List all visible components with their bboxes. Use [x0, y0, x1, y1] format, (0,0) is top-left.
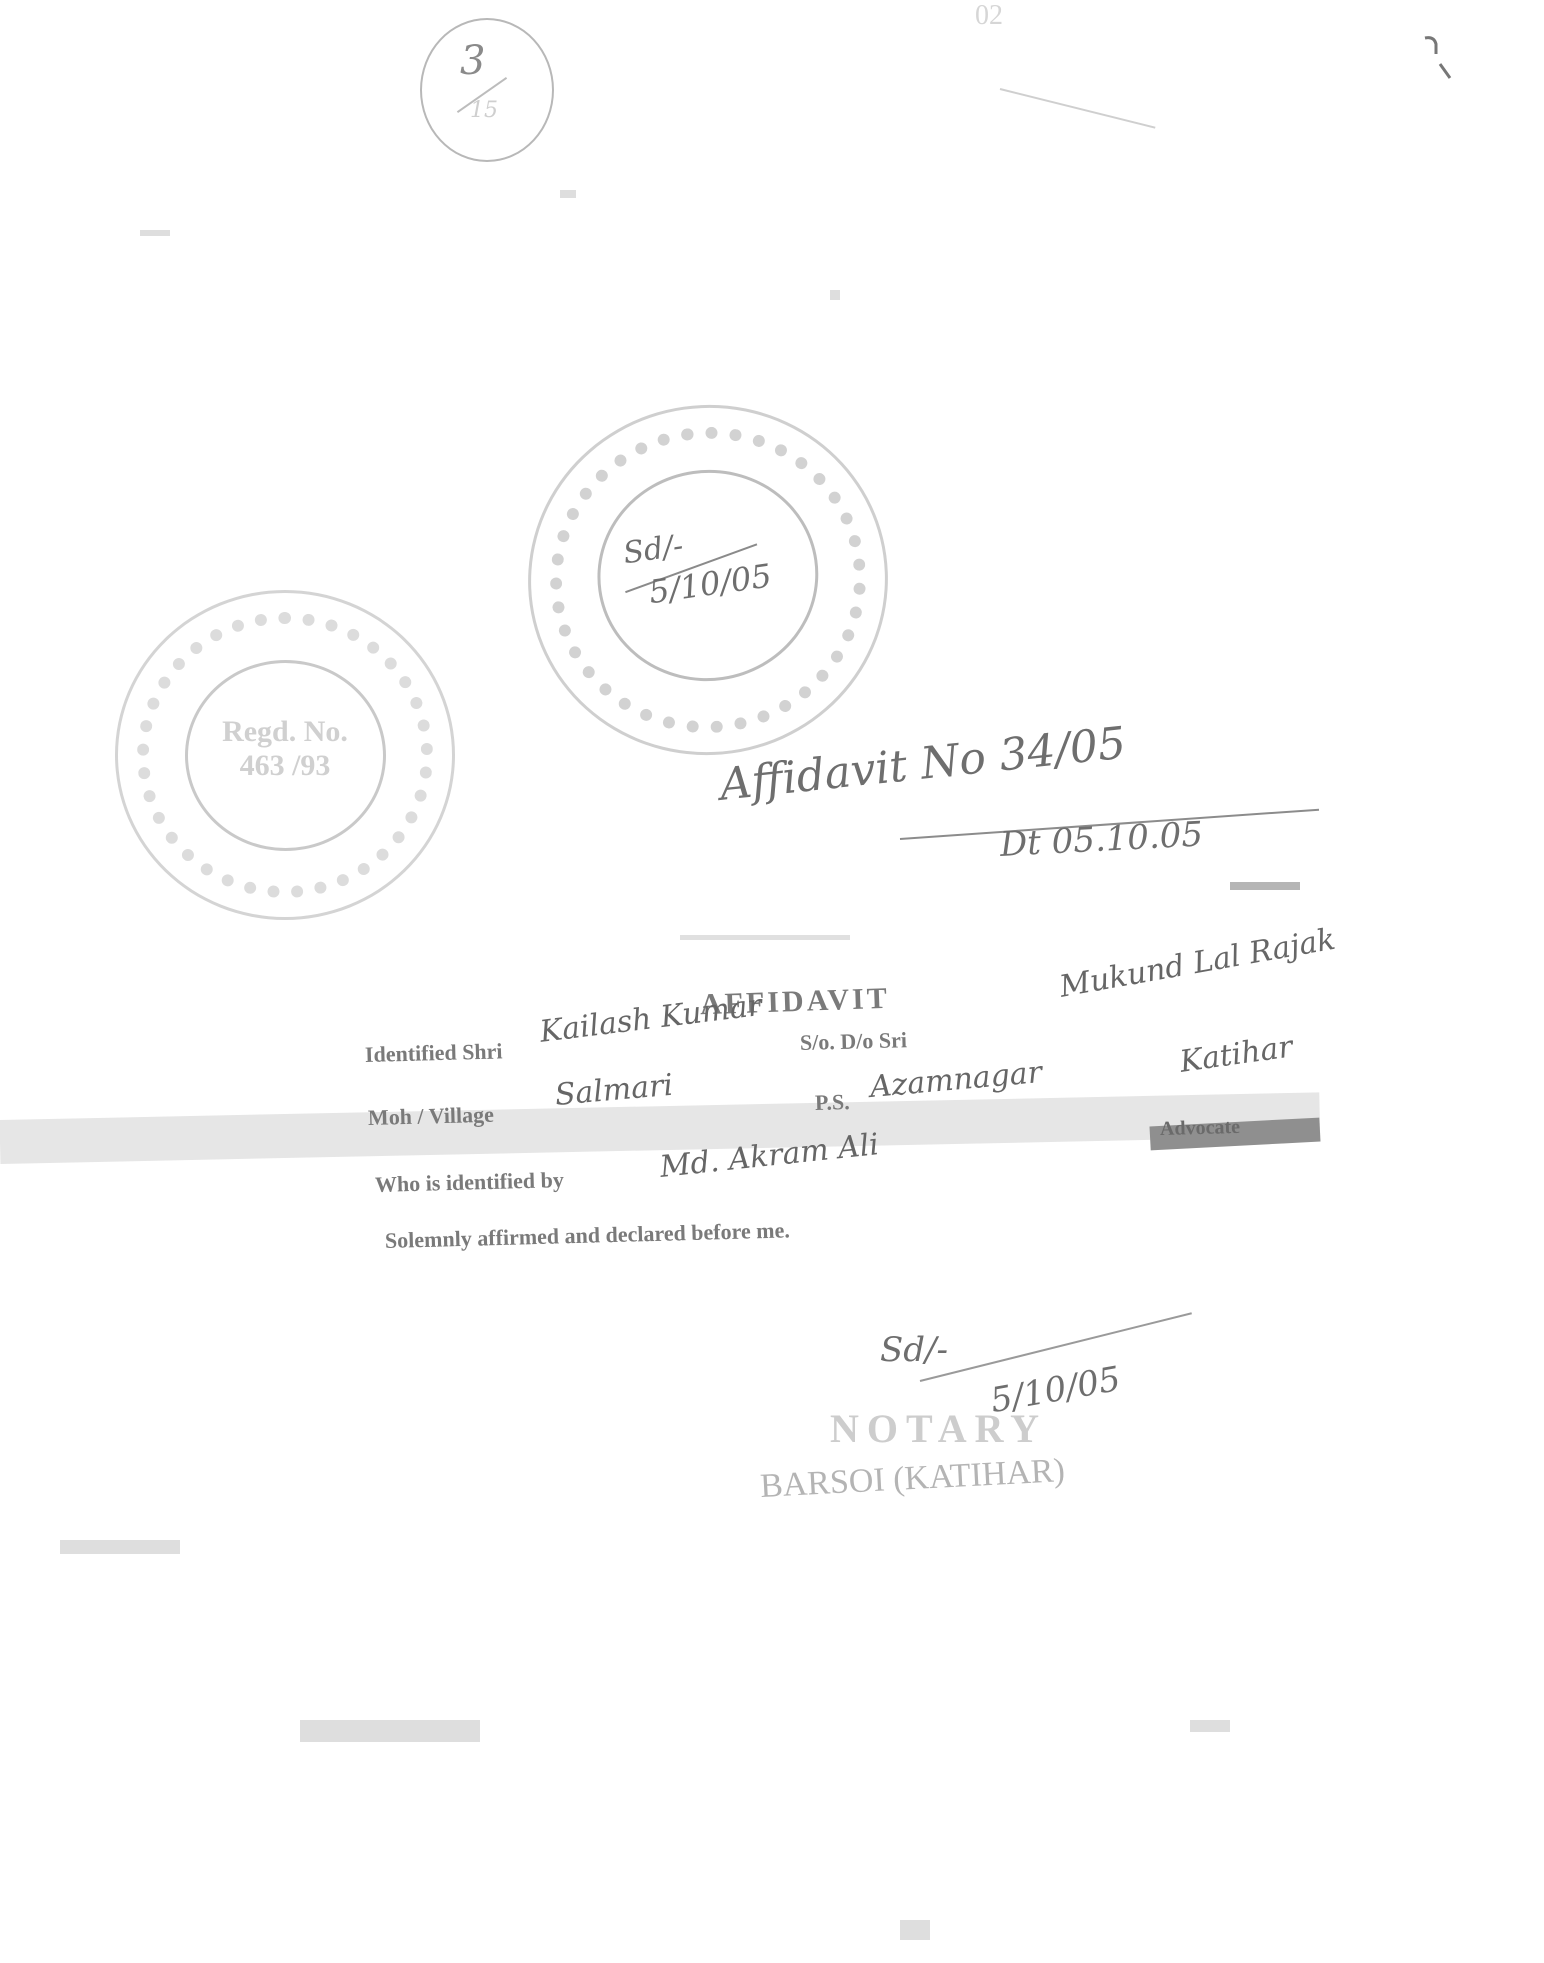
- scan-speck: [60, 1540, 180, 1554]
- scan-speck: [830, 290, 840, 300]
- affidavit-line-1-prefix: Identified Shri: [365, 1038, 503, 1068]
- seal-reg-label: Regd. No.: [205, 715, 365, 749]
- notary-seal-right: Sd/- 5/10/05: [505, 382, 910, 779]
- affidavit-line-2-prefix: Moh / Village: [368, 1102, 495, 1131]
- corner-tick-icon: [1420, 30, 1460, 90]
- top-mark: 02: [975, 0, 1003, 32]
- district-name: Katihar: [1178, 1029, 1295, 1079]
- deponent-name: Kailash Kumar: [538, 988, 764, 1050]
- affidavit-number-value: 34/05: [997, 718, 1128, 782]
- affidavit-date: Dt 05.10.05: [999, 814, 1204, 865]
- stray-line: [1000, 88, 1156, 129]
- notary-seal-left: Regd. No. 463 /93: [115, 590, 455, 920]
- page-number-marker: 3 15: [420, 18, 554, 162]
- father-name: Mukund Lal Rajak: [1057, 922, 1338, 1005]
- notary-signature: Sd/-: [880, 1330, 948, 1370]
- scan-speck: [300, 1720, 480, 1742]
- affidavit-line-4: Solemnly affirmed and declared before me…: [385, 1217, 790, 1254]
- police-station-label: P.S.: [815, 1089, 850, 1116]
- relation-label: S/o. D/o Sri: [800, 1027, 908, 1056]
- advocate-label: Advocate: [1160, 1116, 1241, 1141]
- seal-registration: Regd. No. 463 /93: [205, 715, 365, 783]
- scan-speck: [140, 230, 170, 236]
- notary-place: BARSOI (KATIHAR): [759, 1452, 1066, 1506]
- title-rule: [680, 935, 850, 940]
- page-number: 3: [460, 38, 485, 84]
- dash-mark: [1230, 882, 1300, 890]
- seal-reg-number: 463 /93: [205, 749, 365, 783]
- notary-title: NOTARY: [830, 1405, 1047, 1452]
- affidavit-line-3-prefix: Who is identified by: [375, 1167, 564, 1198]
- page-total: 15: [470, 98, 498, 123]
- scan-speck: [900, 1920, 930, 1940]
- scan-speck: [1190, 1720, 1230, 1732]
- police-station-name: Azamnagar: [868, 1055, 1043, 1105]
- scan-speck: [560, 190, 576, 198]
